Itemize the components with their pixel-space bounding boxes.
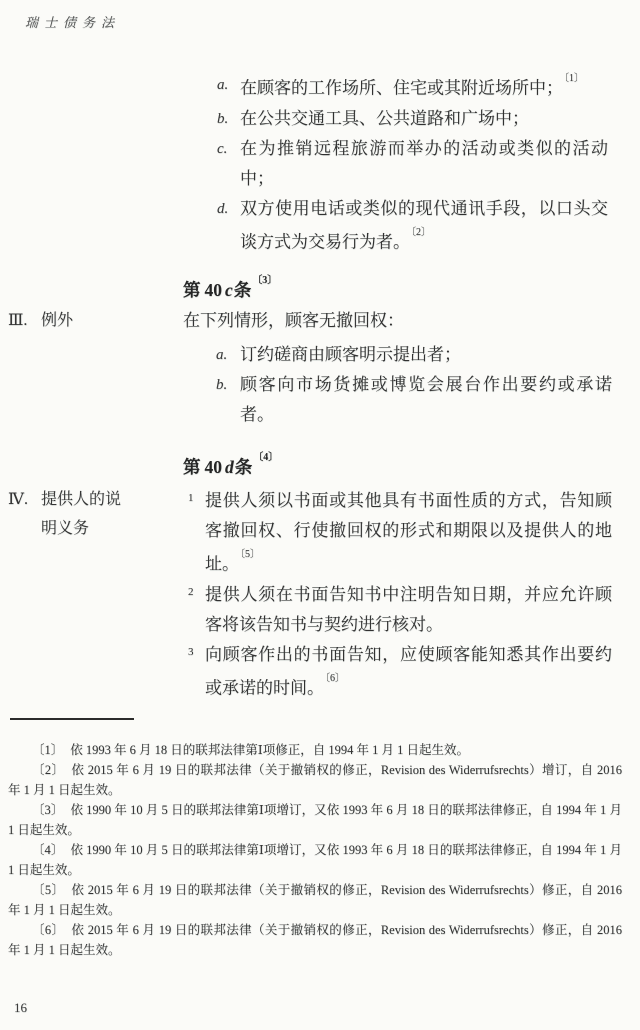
margin-label-iv: Ⅳ. 提供人的说明义务 <box>8 485 133 543</box>
article-40d-heading: 第40d条〔4〕 <box>183 454 278 479</box>
margin-text: 提供人的说明义务 <box>41 485 133 543</box>
list-item-a: a.在顾客的工作场所、住宅或其附近场所中；〔1〕 <box>213 70 608 104</box>
list-item-marker: b. <box>216 370 227 400</box>
paragraph-text: 提供人须以书面或其他具有书面性质的方式，告知顾客撤回权、行使撤回权的形式和期限以… <box>205 491 612 574</box>
page-number: 16 <box>14 1000 27 1016</box>
running-header: 瑞士债务法 <box>25 12 120 31</box>
list-item-marker: a. <box>217 70 228 100</box>
list-item-d: d.双方使用电话或类似的现代通讯手段，以口头交谈方式为交易行为者。〔2〕 <box>213 194 608 258</box>
list-item-b: b.在公共交通工具、公共道路和广场中； <box>213 104 608 134</box>
margin-label-iii: Ⅲ. 例外 <box>8 306 133 335</box>
heading-number: 40 <box>205 457 223 477</box>
paragraph-text: 向顾客作出的书面告知，应使顾客能知悉其作出要约或承诺的时间。 <box>205 645 612 698</box>
footnote-label: 〔1〕 <box>32 743 63 757</box>
paragraph-text: 提供人须在书面告知书中注明告知日期，并应允许顾客将该告知书与契约进行核对。 <box>205 585 612 634</box>
heading-number: 40 <box>205 280 223 300</box>
footnote-ref-4: 〔4〕 <box>253 452 278 463</box>
margin-text: 例外 <box>41 306 133 335</box>
footnote-text: 依 1990 年 10 月 5 日的联邦法律第Ⅰ项增订，又依 1993 年 6 … <box>8 843 622 877</box>
paragraph-3: 3向顾客作出的书面告知，应使顾客能知悉其作出要约或承诺的时间。〔6〕 <box>205 640 612 704</box>
margin-numeral: Ⅲ. <box>8 306 41 335</box>
heading-letter: d <box>225 457 234 477</box>
footnote-2: 〔2〕依 2015 年 6 月 19 日的联邦法律（关于撤销权的修正，Revis… <box>8 760 622 800</box>
list-item-b: b.顾客向市场货摊或博览会展台作出要约或承诺者。 <box>183 370 612 430</box>
footnote-text: 依 2015 年 6 月 19 日的联邦法律（关于撤销权的修正，Revision… <box>8 923 622 957</box>
article-40c-items: a.订约磋商由顾客明示提出者； b.顾客向市场货摊或博览会展台作出要约或承诺者。 <box>183 340 612 430</box>
paragraph-1: 1提供人须以书面或其他具有书面性质的方式，告知顾客撤回权、行使撤回权的形式和期限… <box>205 486 612 580</box>
article-40d-body: 1提供人须以书面或其他具有书面性质的方式，告知顾客撤回权、行使撤回权的形式和期限… <box>205 486 612 703</box>
article-40c-body: 在下列情形，顾客无撤回权： a.订约磋商由顾客明示提出者； b.顾客向市场货摊或… <box>183 306 612 430</box>
list-item-text: 顾客向市场货摊或博览会展台作出要约或承诺者。 <box>240 375 612 424</box>
footnote-label: 〔4〕 <box>32 843 63 857</box>
article-40b-list: a.在顾客的工作场所、住宅或其附近场所中；〔1〕 b.在公共交通工具、公共道路和… <box>213 70 608 257</box>
list-item-c: c.在为推销远程旅游而举办的活动或类似的活动中； <box>213 134 608 194</box>
list-item-text: 在顾客的工作场所、住宅或其附近场所中； <box>240 79 563 98</box>
article-40c-intro: 在下列情形，顾客无撤回权： <box>183 306 612 336</box>
list-item-a: a.订约磋商由顾客明示提出者； <box>183 340 612 370</box>
heading-prefix: 第 <box>183 280 201 300</box>
footnote-text: 依 2015 年 6 月 19 日的联邦法律（关于撤销权的修正，Revision… <box>8 763 622 797</box>
footnote-6: 〔6〕依 2015 年 6 月 19 日的联邦法律（关于撤销权的修正，Revis… <box>8 920 622 960</box>
paragraph-number: 2 <box>188 577 194 607</box>
heading-suffix: 条 <box>234 280 252 300</box>
list-item-text: 双方使用电话或类似的现代通讯手段，以口头交谈方式为交易行为者。 <box>240 199 608 252</box>
footnote-text: 依 1993 年 6 月 18 日的联邦法律第Ⅰ项修正，自 1994 年 1 月… <box>70 743 469 757</box>
footnote-ref-3: 〔3〕 <box>252 275 277 286</box>
margin-numeral: Ⅳ. <box>8 485 41 543</box>
list-item-text: 在公共交通工具、公共道路和广场中； <box>240 109 529 128</box>
footnote-5: 〔5〕依 2015 年 6 月 19 日的联邦法律（关于撤销权的修正，Revis… <box>8 880 622 920</box>
footnote-4: 〔4〕依 1990 年 10 月 5 日的联邦法律第Ⅰ项增订，又依 1993 年… <box>8 840 622 880</box>
footnote-ref-6: 〔6〕 <box>325 673 345 684</box>
paragraph-number: 1 <box>188 483 194 513</box>
footnote-3: 〔3〕依 1990 年 10 月 5 日的联邦法律第Ⅰ项增订，又依 1993 年… <box>8 800 622 840</box>
footnote-1: 〔1〕依 1993 年 6 月 18 日的联邦法律第Ⅰ项修正，自 1994 年 … <box>8 740 622 760</box>
paragraph-number: 3 <box>188 637 194 667</box>
heading-suffix: 条 <box>235 457 253 477</box>
article-40c-heading: 第40c条〔3〕 <box>183 277 277 302</box>
footnote-text: 依 1990 年 10 月 5 日的联邦法律第Ⅰ项增订，又依 1993 年 6 … <box>8 803 622 837</box>
footnote-text: 依 2015 年 6 月 19 日的联邦法律（关于撤销权的修正，Revision… <box>8 883 622 917</box>
heading-prefix: 第 <box>183 457 201 477</box>
footnote-label: 〔5〕 <box>32 883 64 897</box>
list-item-marker: a. <box>216 340 227 370</box>
footnotes: 〔1〕依 1993 年 6 月 18 日的联邦法律第Ⅰ项修正，自 1994 年 … <box>8 740 622 960</box>
heading-letter: c <box>225 280 233 300</box>
footnote-label: 〔2〕 <box>32 763 64 777</box>
list-item-text: 在为推销远程旅游而举办的活动或类似的活动中； <box>240 139 608 188</box>
list-item-marker: c. <box>217 134 227 164</box>
list-item-marker: d. <box>217 194 228 224</box>
footnote-label: 〔3〕 <box>32 803 63 817</box>
footnote-ref-2: 〔2〕 <box>411 227 431 238</box>
footnote-separator <box>10 718 134 720</box>
footnote-label: 〔6〕 <box>32 923 64 937</box>
list-item-marker: b. <box>217 104 228 134</box>
document-page: 瑞士债务法 a.在顾客的工作场所、住宅或其附近场所中；〔1〕 b.在公共交通工具… <box>0 0 640 1030</box>
list-item-text: 订约磋商由顾客明示提出者； <box>240 345 461 364</box>
footnote-ref-1: 〔1〕 <box>564 73 584 84</box>
paragraph-2: 2提供人须在书面告知书中注明告知日期，并应允许顾客将该告知书与契约进行核对。 <box>205 580 612 640</box>
footnote-ref-5: 〔5〕 <box>240 549 260 560</box>
